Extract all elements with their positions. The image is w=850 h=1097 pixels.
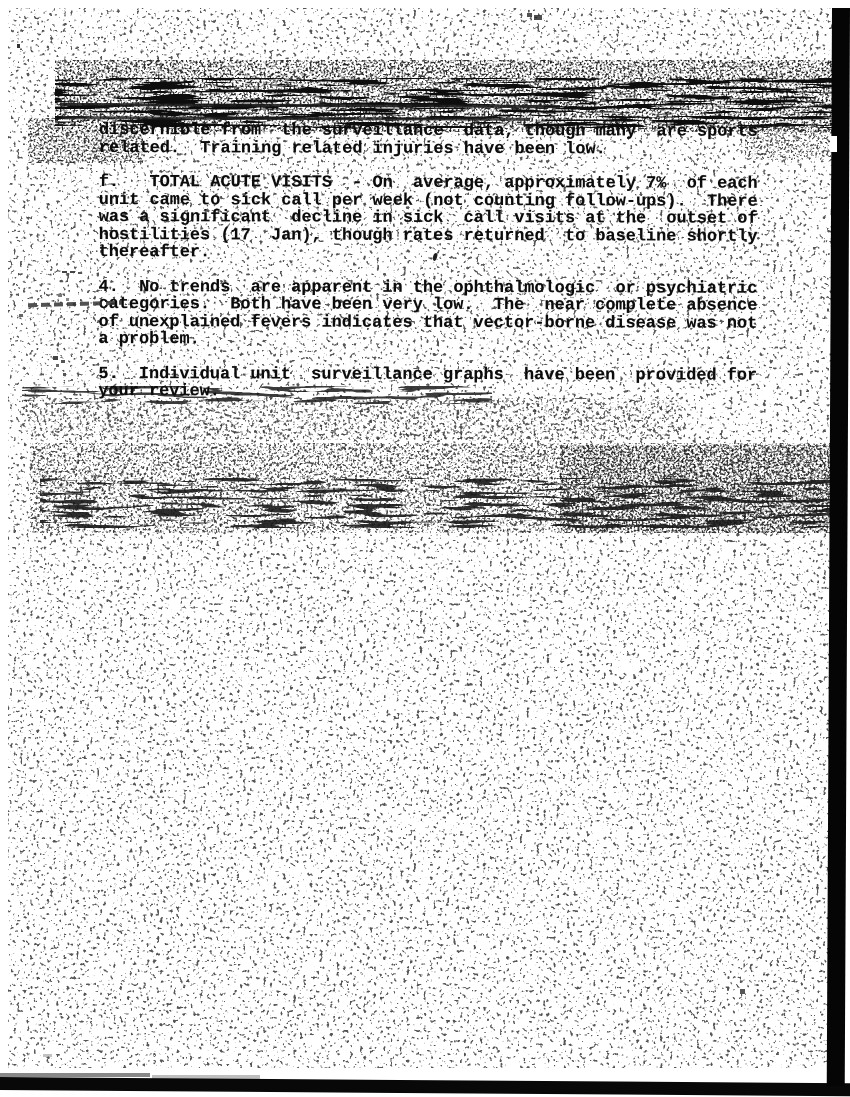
bottom-edge-bar [0,1077,850,1096]
stray-smudge-top-center-a [527,13,532,17]
scan-streak-line-1 [60,103,560,108]
right-edge-bar-notch [830,136,837,152]
stray-cluster-left-of-item5-a [53,356,58,360]
paragraph-item-4-no-trends: 4. No trends are apparent in the ophthal… [98,278,778,350]
stray-dot-left-margin-e [71,379,73,381]
stray-dot-left-margin-c [19,314,23,317]
stray-dot-left-margin-b [66,298,69,301]
stray-cluster-left-of-item5-b [61,360,65,363]
right-edge-bar [827,8,850,1086]
paragraph-continuation: discernible from the surveillance data, … [99,122,779,159]
scanned-document-page: discernible from the surveillance data, … [0,0,850,1097]
stray-dash-left-of-item4-b [70,271,75,273]
stray-dash-left-of-item4-a [62,271,67,273]
scan-noise-band-mid-right-cluster [560,445,840,533]
scan-noise-band-mid-specks [30,443,840,533]
paragraph-item-f-total-acute-visits: f. TOTAL ACUTE VISITS - On average, appr… [99,174,779,263]
stray-dot-top-left [17,44,20,48]
stray-dot-left-margin-d [63,373,66,376]
paragraph-item-5-surveillance-graphs: 5. Individual unit surveillance graphs h… [98,365,778,402]
stray-cluster-left-of-item5-c [56,364,59,367]
stray-smudge-top-center-b [534,15,542,20]
document-body: discernible from the surveillance data, … [98,122,779,402]
stray-dash-bottom-left [43,1054,52,1057]
stray-dot-left-margin-a [58,294,62,297]
stray-dash-left-of-item4-c [78,272,82,274]
stray-dot-bottom-right [740,989,745,994]
scan-noise-under-review-specks [22,398,682,440]
scan-noise-band-mid-streaks [40,478,830,528]
